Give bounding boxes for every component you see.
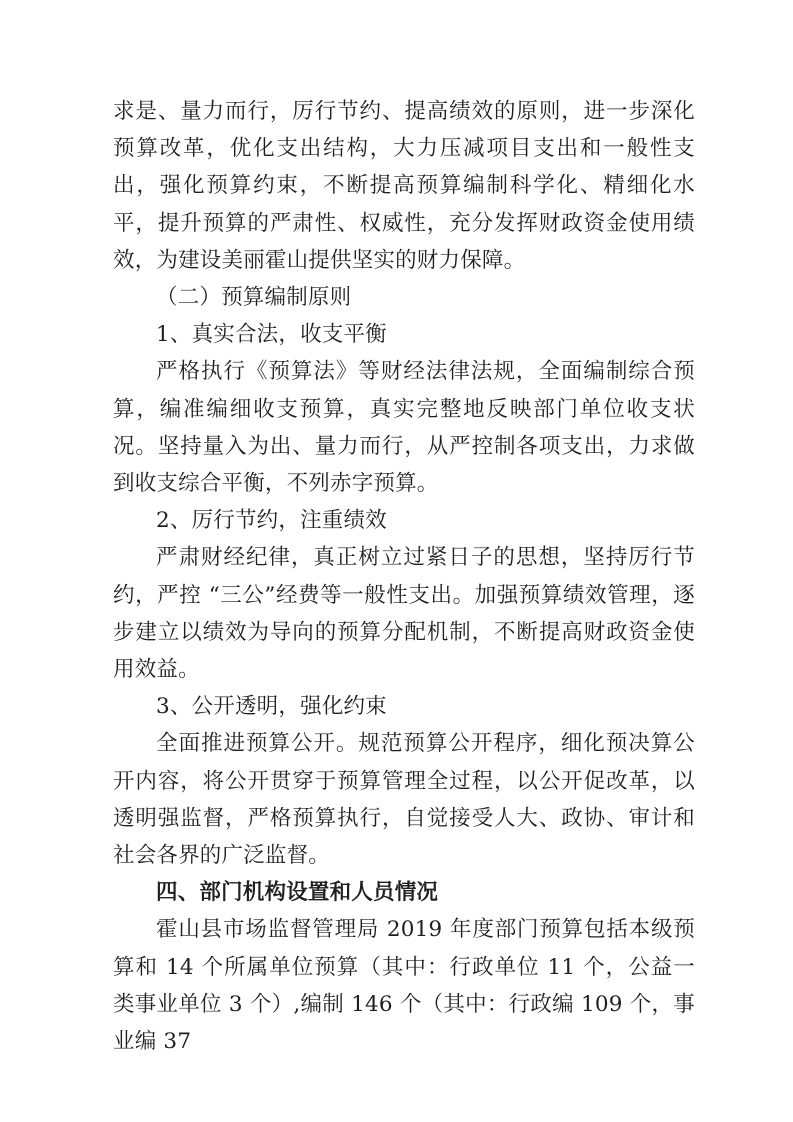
body-paragraph: 严肃财经纪律，真正树立过紧日子的思想，坚持厉行节约，严控 “三公”经费等一般性支… <box>113 539 695 688</box>
body-paragraph: 全面推进预算公开。规范预算公开程序，细化预决算公开内容，将公开贯穿于预算管理全过… <box>113 725 695 874</box>
body-paragraph: 霍山县市场监督管理局 2019 年度部门预算包括本级预算和 14 个所属单位预算… <box>113 911 695 1060</box>
subsection-title: （二）预算编制原则 <box>113 279 695 316</box>
body-paragraph: 严格执行《预算法》等财经法律法规，全面编制综合预算，编准编细收支预算，真实完整地… <box>113 353 695 502</box>
numbered-item-title-2: 2、厉行节约，注重绩效 <box>113 502 695 539</box>
numbered-item-title-1: 1、真实合法，收支平衡 <box>113 316 695 353</box>
numbered-item-title-3: 3、公开透明，强化约束 <box>113 688 695 725</box>
section-heading: 四、部门机构设置和人员情况 <box>113 874 695 911</box>
document-content: 求是、量力而行，厉行节约、提高绩效的原则，进一步深化预算改革，优化支出结构，大力… <box>113 93 695 1060</box>
document-page: 求是、量力而行，厉行节约、提高绩效的原则，进一步深化预算改革，优化支出结构，大力… <box>0 0 793 1122</box>
body-paragraph-continuation: 求是、量力而行，厉行节约、提高绩效的原则，进一步深化预算改革，优化支出结构，大力… <box>113 93 695 279</box>
